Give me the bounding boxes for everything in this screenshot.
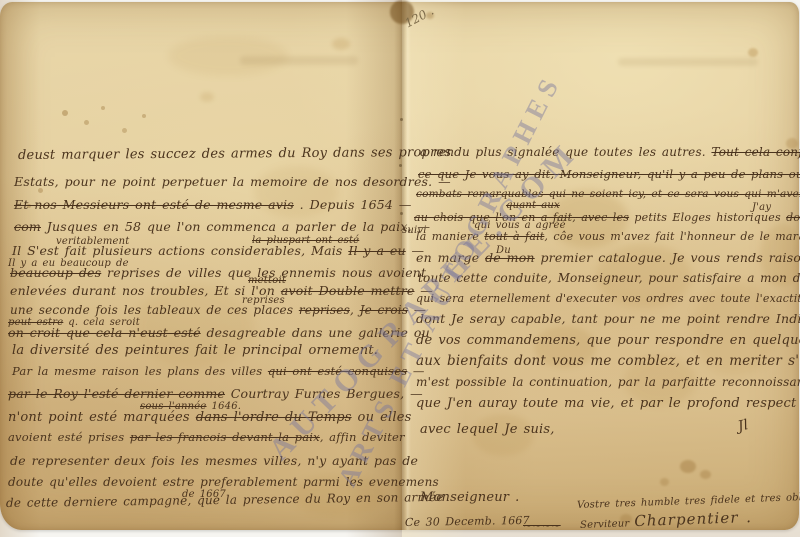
handwritten-text: qui sera eternellement d'executer vos or… [416,292,800,305]
handwritten-text: la maniere [416,230,484,243]
handwritten-text: dont Je seray capable, tant pour ne me p… [416,311,800,326]
handwritten-text: premier catalogue. Je vous rends raison … [535,250,800,265]
right-page-text: a rendu plus signalée que toutes les aut… [0,0,800,537]
manuscript-line: que J'en auray toute ma vie, et par le p… [416,397,800,410]
manuscript-line: combats remarquables qui ne soient icy, … [416,189,800,200]
salutation: Monseigneur . [420,491,519,504]
struck-text: ce que Je vous ay dit, Monseigneur, qu'i… [418,167,800,181]
struck-text: ~~~~ [523,519,561,532]
manuscript-line: au chois que l'on en a fait, avec les pe… [414,212,800,223]
signature-line: Serviteur Charpentier . [580,510,752,531]
manuscript-line: la maniere tout à fait, côe vous m'avez … [416,231,800,242]
struck-text: combats remarquables qui ne soient icy, … [416,188,800,200]
handwritten-text: de vos commandemens, que pour respondre … [416,333,800,348]
handwritten-text: m'est possible la continuation, par la p… [416,375,800,389]
manuscript-line: en marge de mon premier catalogue. Je vo… [416,252,800,265]
handwritten-text: Charpentier . [634,508,752,530]
manuscript-letter-photo: 120 . deust marquer les succez des armes… [0,0,800,537]
handwritten-text: Monseigneur . [420,490,519,505]
struck-text: dont [786,211,800,224]
handwritten-text: petits Eloges historiques [629,211,786,224]
manuscript-line: aux bienfaits dont vous me comblez, et e… [416,355,800,369]
paraph-mark: Jl [737,418,750,434]
manuscript-line: avec lequel Je suis, [420,423,555,436]
handwritten-text: Serviteur [580,518,635,531]
struck-text: tout à fait [484,230,544,243]
struck-text: Tout cela confirme [711,145,800,159]
handwritten-text: toute cette conduite, Monseigneur, pour … [418,271,800,285]
handwritten-text: a rendu plus signalée que toutes les aut… [420,145,711,159]
handwritten-text: Vostre tres humble tres fidele et tres o… [577,492,800,511]
handwritten-text: Ce 30 Decemb. 1667 [405,514,530,529]
handwritten-text: , côe vous m'avez fait l'honneur de le m… [544,230,800,243]
handwritten-text: avec lequel Je suis, [420,422,555,437]
valediction-line: Vostre tres humble tres fidele et tres o… [577,493,800,511]
handwritten-text: Jl [736,417,750,435]
crossed-out-word: ~~~~ [523,520,561,531]
manuscript-line: quant aux [506,201,560,211]
manuscript-line: toute cette conduite, Monseigneur, pour … [418,272,800,284]
struck-text: de mon [485,250,535,265]
handwritten-text: en marge [416,250,485,265]
manuscript-line: dont Je seray capable, tant pour ne me p… [416,313,800,326]
date-line: Ce 30 Decemb. 1667 [405,515,530,528]
manuscript-line: ce que Je vous ay dit, Monseigneur, qu'i… [418,169,800,181]
manuscript-line: m'est possible la continuation, par la p… [416,376,800,388]
manuscript-line: a rendu plus signalée que toutes les aut… [420,146,800,158]
handwritten-text: que J'en auray toute ma vie, et par le p… [416,396,800,411]
manuscript-line: de vos commandemens, que pour respondre … [416,334,800,347]
struck-text: quant aux [506,200,560,211]
handwritten-text: aux bienfaits dont vous me comblez, et e… [416,353,800,369]
manuscript-line: qui sera eternellement d'executer vos or… [416,293,800,304]
